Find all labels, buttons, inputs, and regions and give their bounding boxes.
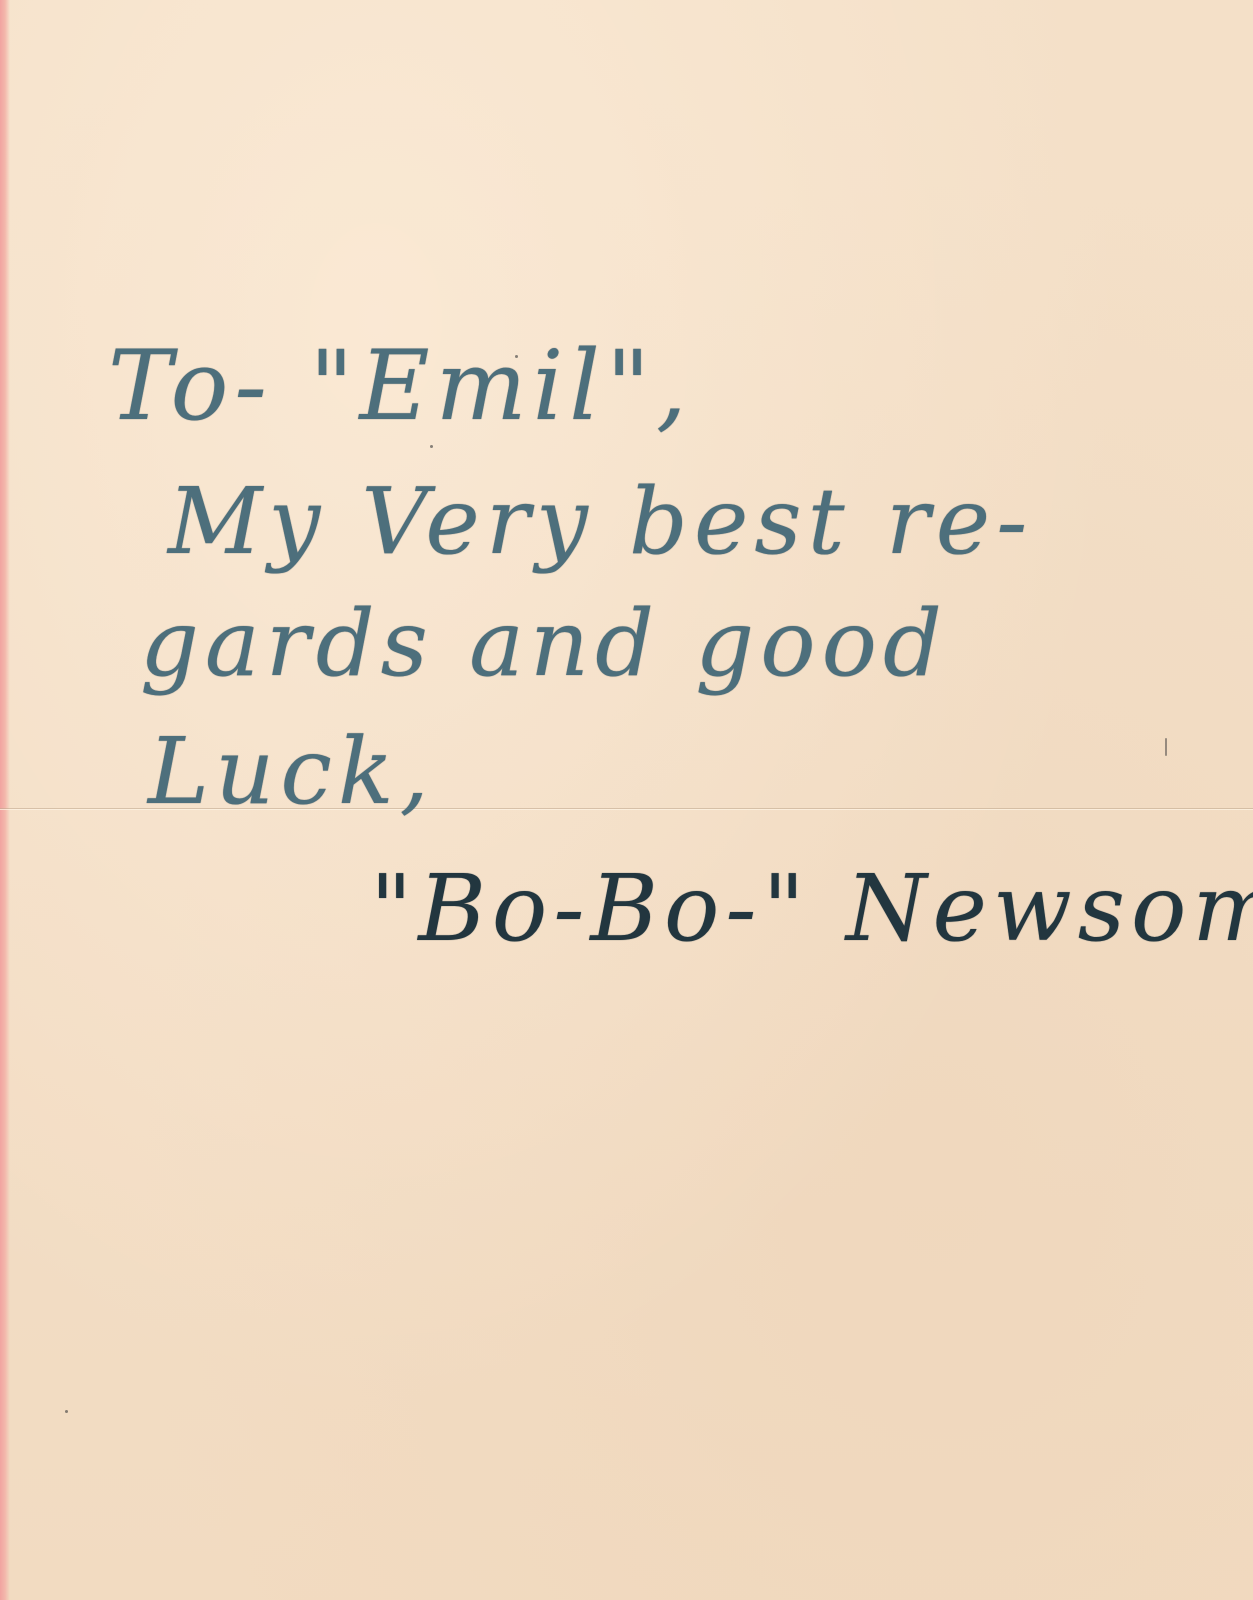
paper-speck — [65, 1410, 68, 1413]
paper-speck — [430, 445, 433, 448]
handwritten-text: To- "Emil", My Very best re- gards and g… — [0, 0, 1253, 1600]
paper-speck — [515, 355, 518, 358]
body-line-1: My Very best re- — [168, 468, 1033, 575]
paper-speck — [1165, 738, 1167, 756]
body-line-2: gards and good — [140, 590, 948, 697]
signature-line: "Bo-Bo-" Newsom — [370, 855, 1253, 962]
salutation-line: To- "Emil", — [108, 330, 693, 442]
body-line-3: Luck, — [148, 718, 435, 825]
letter-paper: ​ To- "Emil", My Very best re- gards and… — [0, 0, 1253, 1600]
